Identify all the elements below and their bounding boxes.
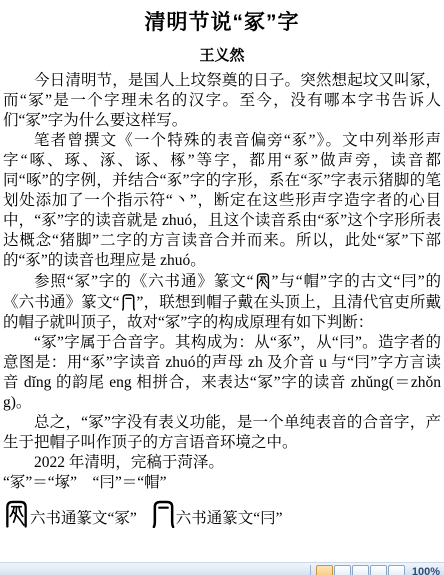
- document-page[interactable]: 清明节说“冢”字 王义然 今日清明节，是国人上坟祭奠的日子。突然想起坟又叫冢，而…: [0, 0, 444, 528]
- seal-script-zhong-icon: [255, 271, 271, 290]
- seal-zhong-caption: 六书通篆文“冢”: [30, 510, 137, 528]
- paragraph-1[interactable]: 今日清明节，是国人上坟祭奠的日子。突然想起坟又叫冢，而“冢”是一个字理未名的汉字…: [3, 71, 441, 131]
- seal-script-zhong-image: [3, 498, 30, 528]
- outline-view-button[interactable]: [370, 565, 387, 575]
- paragraph-2[interactable]: 笔者曾撰文《一个特殊的表音偏旁“豖”》。文中列举形声字“啄、琢、涿、诼、椓”等字…: [3, 131, 441, 271]
- paragraph-3[interactable]: 参照“冢”字的《六书通》篆文“”与“帽”字的古文“冃”的《六书通》篆文“”，联想…: [3, 271, 441, 333]
- document-title: 清明节说“冢”字: [3, 6, 441, 36]
- seal-script-mao-image: [151, 498, 176, 528]
- draft-view-button[interactable]: [388, 565, 405, 575]
- full-screen-reading-view-button[interactable]: [334, 565, 351, 575]
- statusbar-separator: [310, 565, 311, 575]
- web-layout-view-button[interactable]: [352, 565, 369, 575]
- seal-mao-caption: 六书通篆文“冃”: [176, 510, 283, 528]
- paragraph-4[interactable]: “冢”字属于合音字。其构成为：从“豖”，从“冃”。造字者的意图是：用“豖”字读音…: [3, 333, 441, 413]
- date-line[interactable]: 2022 年清明，完稿于菏泽。: [3, 453, 441, 473]
- print-layout-view-button[interactable]: [316, 565, 333, 575]
- status-bar: 100%: [0, 562, 444, 575]
- author-name: 王义然: [3, 44, 441, 65]
- zoom-level-label[interactable]: 100%: [412, 566, 440, 575]
- seal-images-row: 六书通篆文“冢” 六书通篆文“冃”: [3, 498, 441, 528]
- view-switcher-group: 100%: [310, 565, 440, 575]
- paragraph-5[interactable]: 总之，“冢”字没有表义功能，是一个单纯表音的合音字，产生于把帽子叫作顶子的方言语…: [3, 413, 441, 453]
- equivalence-note[interactable]: “冢”＝“塚” “冃”＝“帽”: [3, 473, 441, 493]
- seal-script-mao-icon: [121, 292, 136, 311]
- paragraph-3-text-a: 参照“冢”字的《六书通》篆文“: [34, 273, 254, 290]
